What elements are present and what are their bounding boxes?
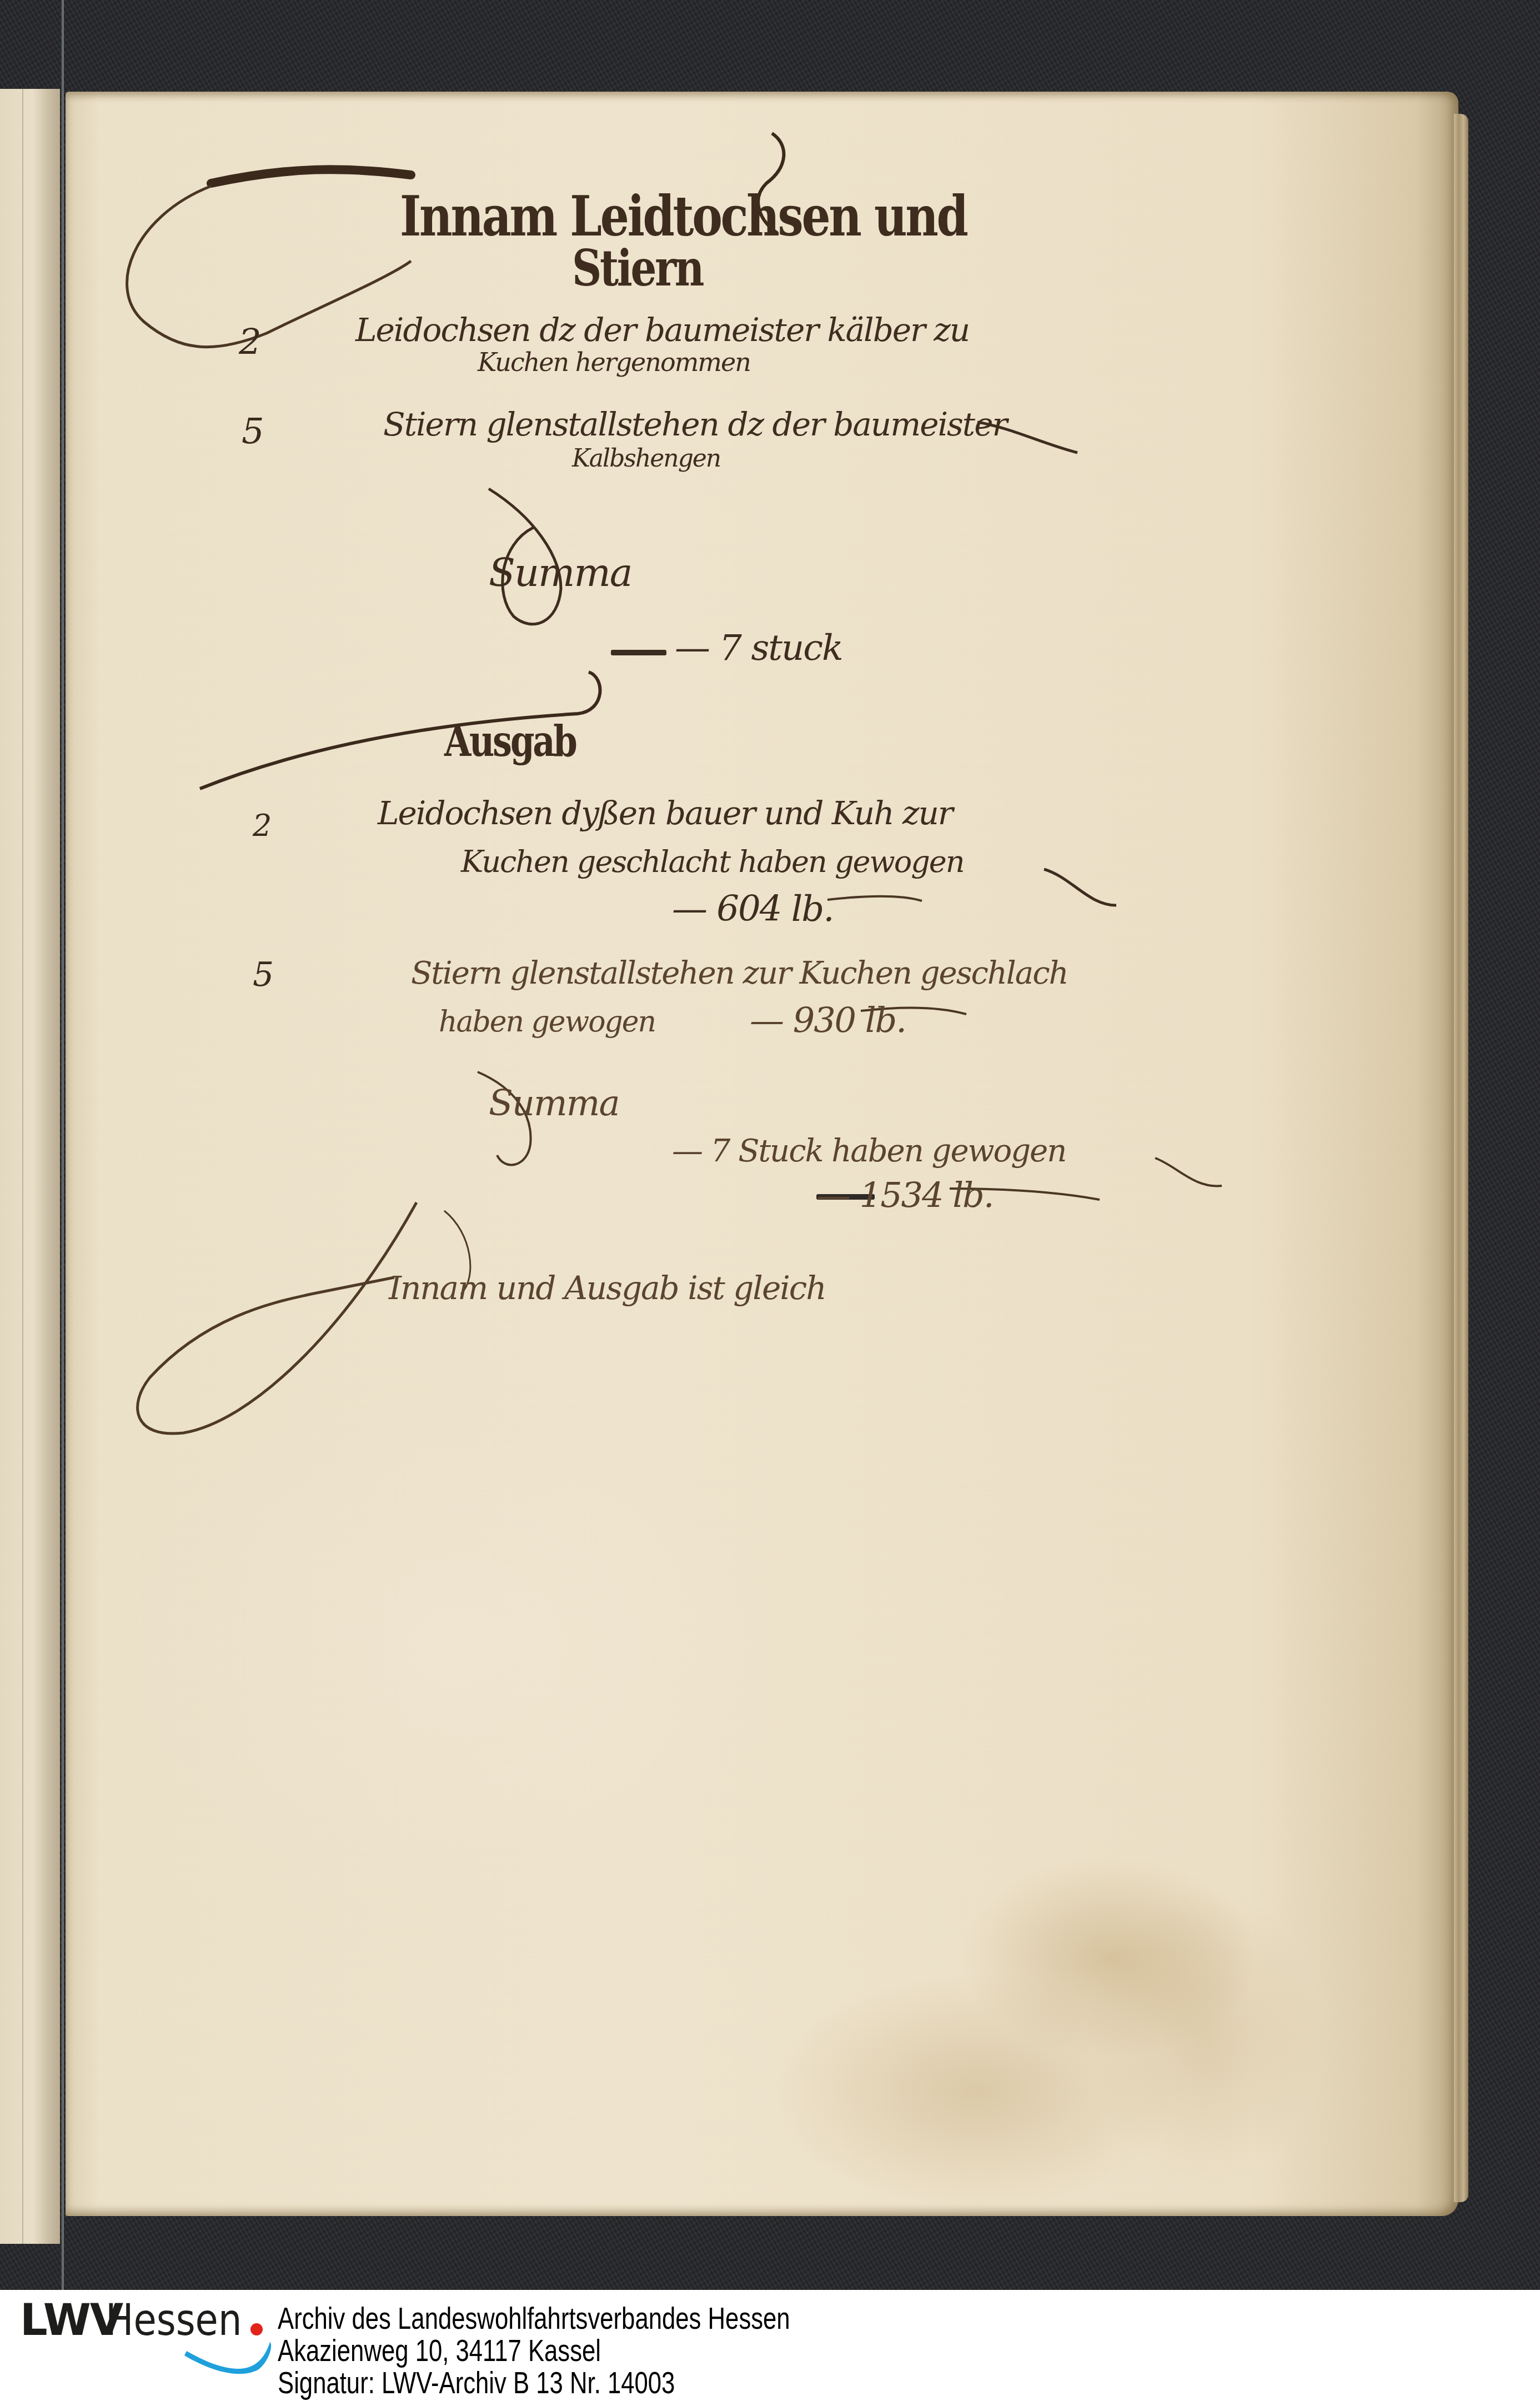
logo-red-dot-icon bbox=[250, 2323, 263, 2335]
archive-name: Archiv des Landeswohlfahrtsverbandes Hes… bbox=[278, 2302, 790, 2334]
previous-page-edge bbox=[0, 89, 60, 2244]
income-summa-value: — 7 stuck bbox=[675, 628, 842, 669]
income-entry-2-line-2: Kalbshengen bbox=[572, 444, 720, 473]
archive-address: Akazienweg 10, 34117 Kassel bbox=[278, 2334, 790, 2367]
logo-text-light: Hessen bbox=[106, 2295, 242, 2345]
expense-entry-1-line-1: Leidochsen dyßen bauer und Kuh zur bbox=[378, 794, 952, 832]
expense-entry-2-line-2: haben gewogen bbox=[439, 1005, 655, 1039]
glass-plate-edge bbox=[62, 0, 64, 2290]
lwv-hessen-logo: LWV Hessen bbox=[20, 2295, 264, 2379]
expense-margin-number-2: 5 bbox=[253, 955, 273, 994]
heading-line-2: Stiern bbox=[572, 239, 703, 298]
income-entry-1-line-2: Kuchen hergenommen bbox=[478, 347, 750, 377]
expense-entry-1-amount: — 604 lb. bbox=[672, 889, 834, 930]
expense-summa-label: Summa bbox=[489, 1083, 619, 1124]
income-margin-number-2: 5 bbox=[242, 411, 263, 452]
page-stack-edge bbox=[1454, 114, 1468, 2202]
logo-swoosh-icon bbox=[181, 2339, 275, 2378]
income-margin-number-1: 2 bbox=[239, 322, 260, 363]
manuscript-scan: Innam Leidtochsen und Stiern 2 Leidochse… bbox=[0, 0, 1540, 2290]
expense-entry-2-line-1: Stiern glenstallstehen zur Kuchen geschl… bbox=[411, 955, 1068, 991]
expense-entry-2-amount: — 930 lb. bbox=[750, 1000, 906, 1040]
expense-summa-weight: — 1534 lb. bbox=[816, 1175, 993, 1215]
expense-entry-1-line-2: Kuchen geschlacht haben gewogen bbox=[461, 844, 964, 879]
closing-note: Innam und Ausgab ist gleich bbox=[389, 1269, 826, 1307]
income-entry-2-line-1: Stiern glenstallstehen dz der baumeister bbox=[383, 405, 1006, 443]
expense-summa-count: — 7 Stuck haben gewogen bbox=[672, 1133, 1066, 1169]
expense-margin-number-1: 2 bbox=[253, 808, 270, 843]
income-summa-dash bbox=[611, 650, 666, 655]
expense-heading: Ausgab bbox=[444, 716, 576, 766]
archive-footer: LWV Hessen Archiv des Landeswohlfahrtsve… bbox=[0, 2290, 1540, 2401]
archive-signature: Signatur: LWV-Archiv B 13 Nr. 14003 bbox=[278, 2367, 790, 2399]
income-entry-1-line-1: Leidochsen dz der baumeister kälber zu bbox=[355, 311, 969, 349]
archive-info: Archiv des Landeswohlfahrtsverbandes Hes… bbox=[278, 2302, 935, 2399]
income-summa-label: Summa bbox=[489, 550, 632, 595]
